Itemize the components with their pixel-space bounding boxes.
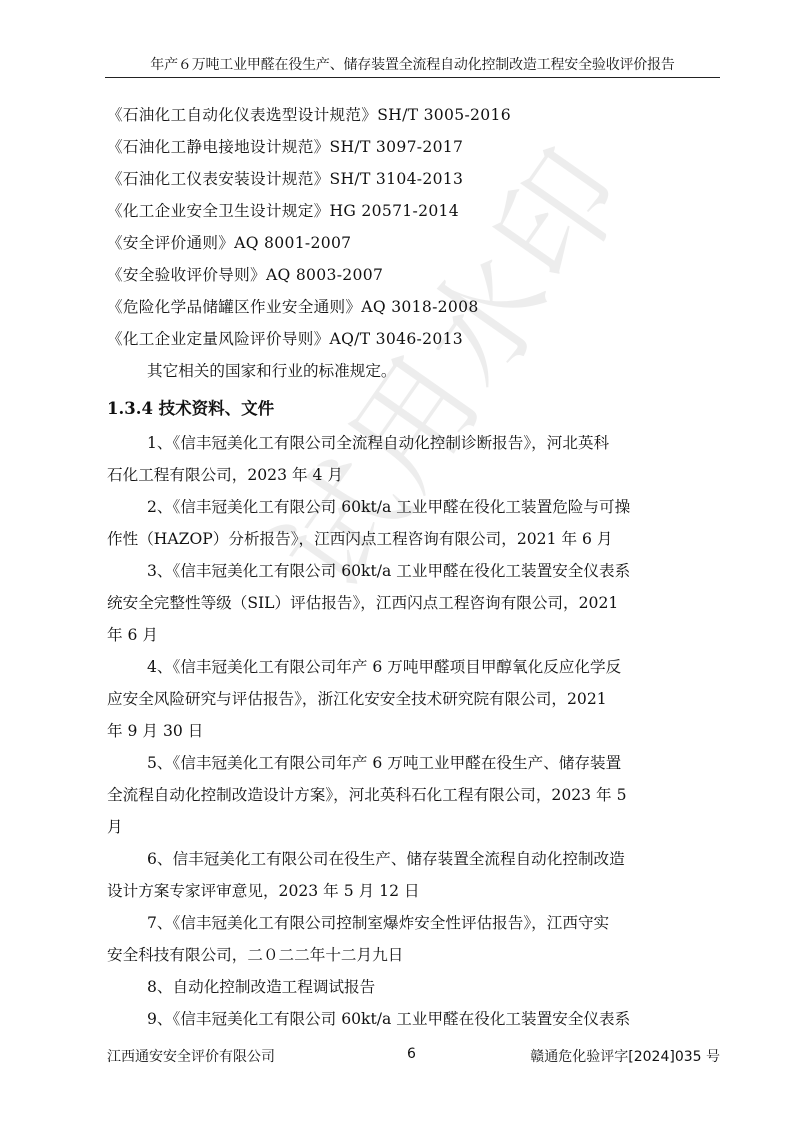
reference-line: 6、信丰冠美化工有限公司在役生产、储存装置全流程自动化控制改造 (107, 843, 720, 875)
section-heading: 1.3.4 技术资料、文件 (107, 391, 720, 427)
reference-item: 4、《信丰冠美化工有限公司年产 6 万吨甲醛项目甲醇氧化反应化学反 应安全风险研… (107, 651, 720, 747)
document-body: 《石油化工自动化仪表选型设计规范》SH/T 3005-2016 《石油化工静电接… (107, 99, 720, 1035)
reference-line: 石化工程有限公司，2023 年 4 月 (107, 459, 720, 491)
reference-line: 7、《信丰冠美化工有限公司控制室爆炸安全性评估报告》，江西守实 (107, 907, 720, 939)
page-header-title: 年产６万吨工业甲醛在役生产、储存装置全流程自动化控制改造工程安全验收评价报告 (105, 56, 720, 74)
standard-item: 《危险化学品储罐区作业安全通则》AQ 3018-2008 (107, 291, 720, 323)
standard-item: 《安全评价通则》AQ 8001-2007 (107, 227, 720, 259)
reference-item: 6、信丰冠美化工有限公司在役生产、储存装置全流程自动化控制改造 设计方案专家评审… (107, 843, 720, 907)
reference-line: 5、《信丰冠美化工有限公司年产 6 万吨工业甲醛在役生产、储存装置 (107, 747, 720, 779)
standard-item: 《化工企业安全卫生设计规定》HG 20571-2014 (107, 195, 720, 227)
standard-item: 《石油化工仪表安装设计规范》SH/T 3104-2013 (107, 163, 720, 195)
reference-line: 全流程自动化控制改造设计方案》，河北英科石化工程有限公司，2023 年 5 (107, 779, 720, 811)
reference-line: 应安全风险研究与评估报告》，浙江化安安全技术研究院有限公司，2021 (107, 683, 720, 715)
reference-line: 年 6 月 (107, 619, 720, 651)
reference-item: 3、《信丰冠美化工有限公司 60kt/a 工业甲醛在役化工装置安全仪表系 统安全… (107, 555, 720, 651)
reference-line: 1、《信丰冠美化工有限公司全流程自动化控制诊断报告》，河北英科 (107, 427, 720, 459)
standard-item: 《石油化工自动化仪表选型设计规范》SH/T 3005-2016 (107, 99, 720, 131)
footer-company: 江西通安安全评价有限公司 (107, 1046, 275, 1066)
reference-line: 8、自动化控制改造工程调试报告 (107, 971, 720, 1003)
reference-line: 9、《信丰冠美化工有限公司 60kt/a 工业甲醛在役化工装置安全仪表系 (107, 1003, 720, 1035)
reference-item: 7、《信丰冠美化工有限公司控制室爆炸安全性评估报告》，江西守实 安全科技有限公司… (107, 907, 720, 971)
reference-line: 设计方案专家评审意见，2023 年 5 月 12 日 (107, 875, 720, 907)
reference-line: 统安全完整性等级（SIL）评估报告》，江西闪点工程咨询有限公司，2021 (107, 587, 720, 619)
reference-line: 年 9 月 30 日 (107, 715, 720, 747)
page-footer: 江西通安安全评价有限公司 6 赣通危化验评字[2024]035 号 (107, 1046, 720, 1066)
reference-line: 作性（HAZOP）分析报告》，江西闪点工程咨询有限公司，2021 年 6 月 (107, 523, 720, 555)
header-divider (105, 77, 720, 78)
footer-doc-number: 赣通危化验评字[2024]035 号 (530, 1046, 720, 1066)
standard-item: 《化工企业定量风险评价导则》AQ/T 3046-2013 (107, 323, 720, 355)
other-standards-note: 其它相关的国家和行业的标准规定。 (107, 355, 720, 387)
standard-item: 《石油化工静电接地设计规范》SH/T 3097-2017 (107, 131, 720, 163)
reference-line: 3、《信丰冠美化工有限公司 60kt/a 工业甲醛在役化工装置安全仪表系 (107, 555, 720, 587)
reference-item: 9、《信丰冠美化工有限公司 60kt/a 工业甲醛在役化工装置安全仪表系 (107, 1003, 720, 1035)
reference-item: 5、《信丰冠美化工有限公司年产 6 万吨工业甲醛在役生产、储存装置 全流程自动化… (107, 747, 720, 843)
reference-item: 1、《信丰冠美化工有限公司全流程自动化控制诊断报告》，河北英科 石化工程有限公司… (107, 427, 720, 491)
reference-line: 4、《信丰冠美化工有限公司年产 6 万吨甲醛项目甲醇氧化反应化学反 (107, 651, 720, 683)
reference-item: 2、《信丰冠美化工有限公司 60kt/a 工业甲醛在役化工装置危险与可操 作性（… (107, 491, 720, 555)
reference-item: 8、自动化控制改造工程调试报告 (107, 971, 720, 1003)
reference-line: 安全科技有限公司，二０二二年十二月九日 (107, 939, 720, 971)
footer-page-number: 6 (407, 1046, 416, 1062)
reference-list: 1、《信丰冠美化工有限公司全流程自动化控制诊断报告》，河北英科 石化工程有限公司… (107, 427, 720, 1035)
reference-line: 月 (107, 811, 720, 843)
standard-item: 《安全验收评价导则》AQ 8003-2007 (107, 259, 720, 291)
reference-line: 2、《信丰冠美化工有限公司 60kt/a 工业甲醛在役化工装置危险与可操 (107, 491, 720, 523)
